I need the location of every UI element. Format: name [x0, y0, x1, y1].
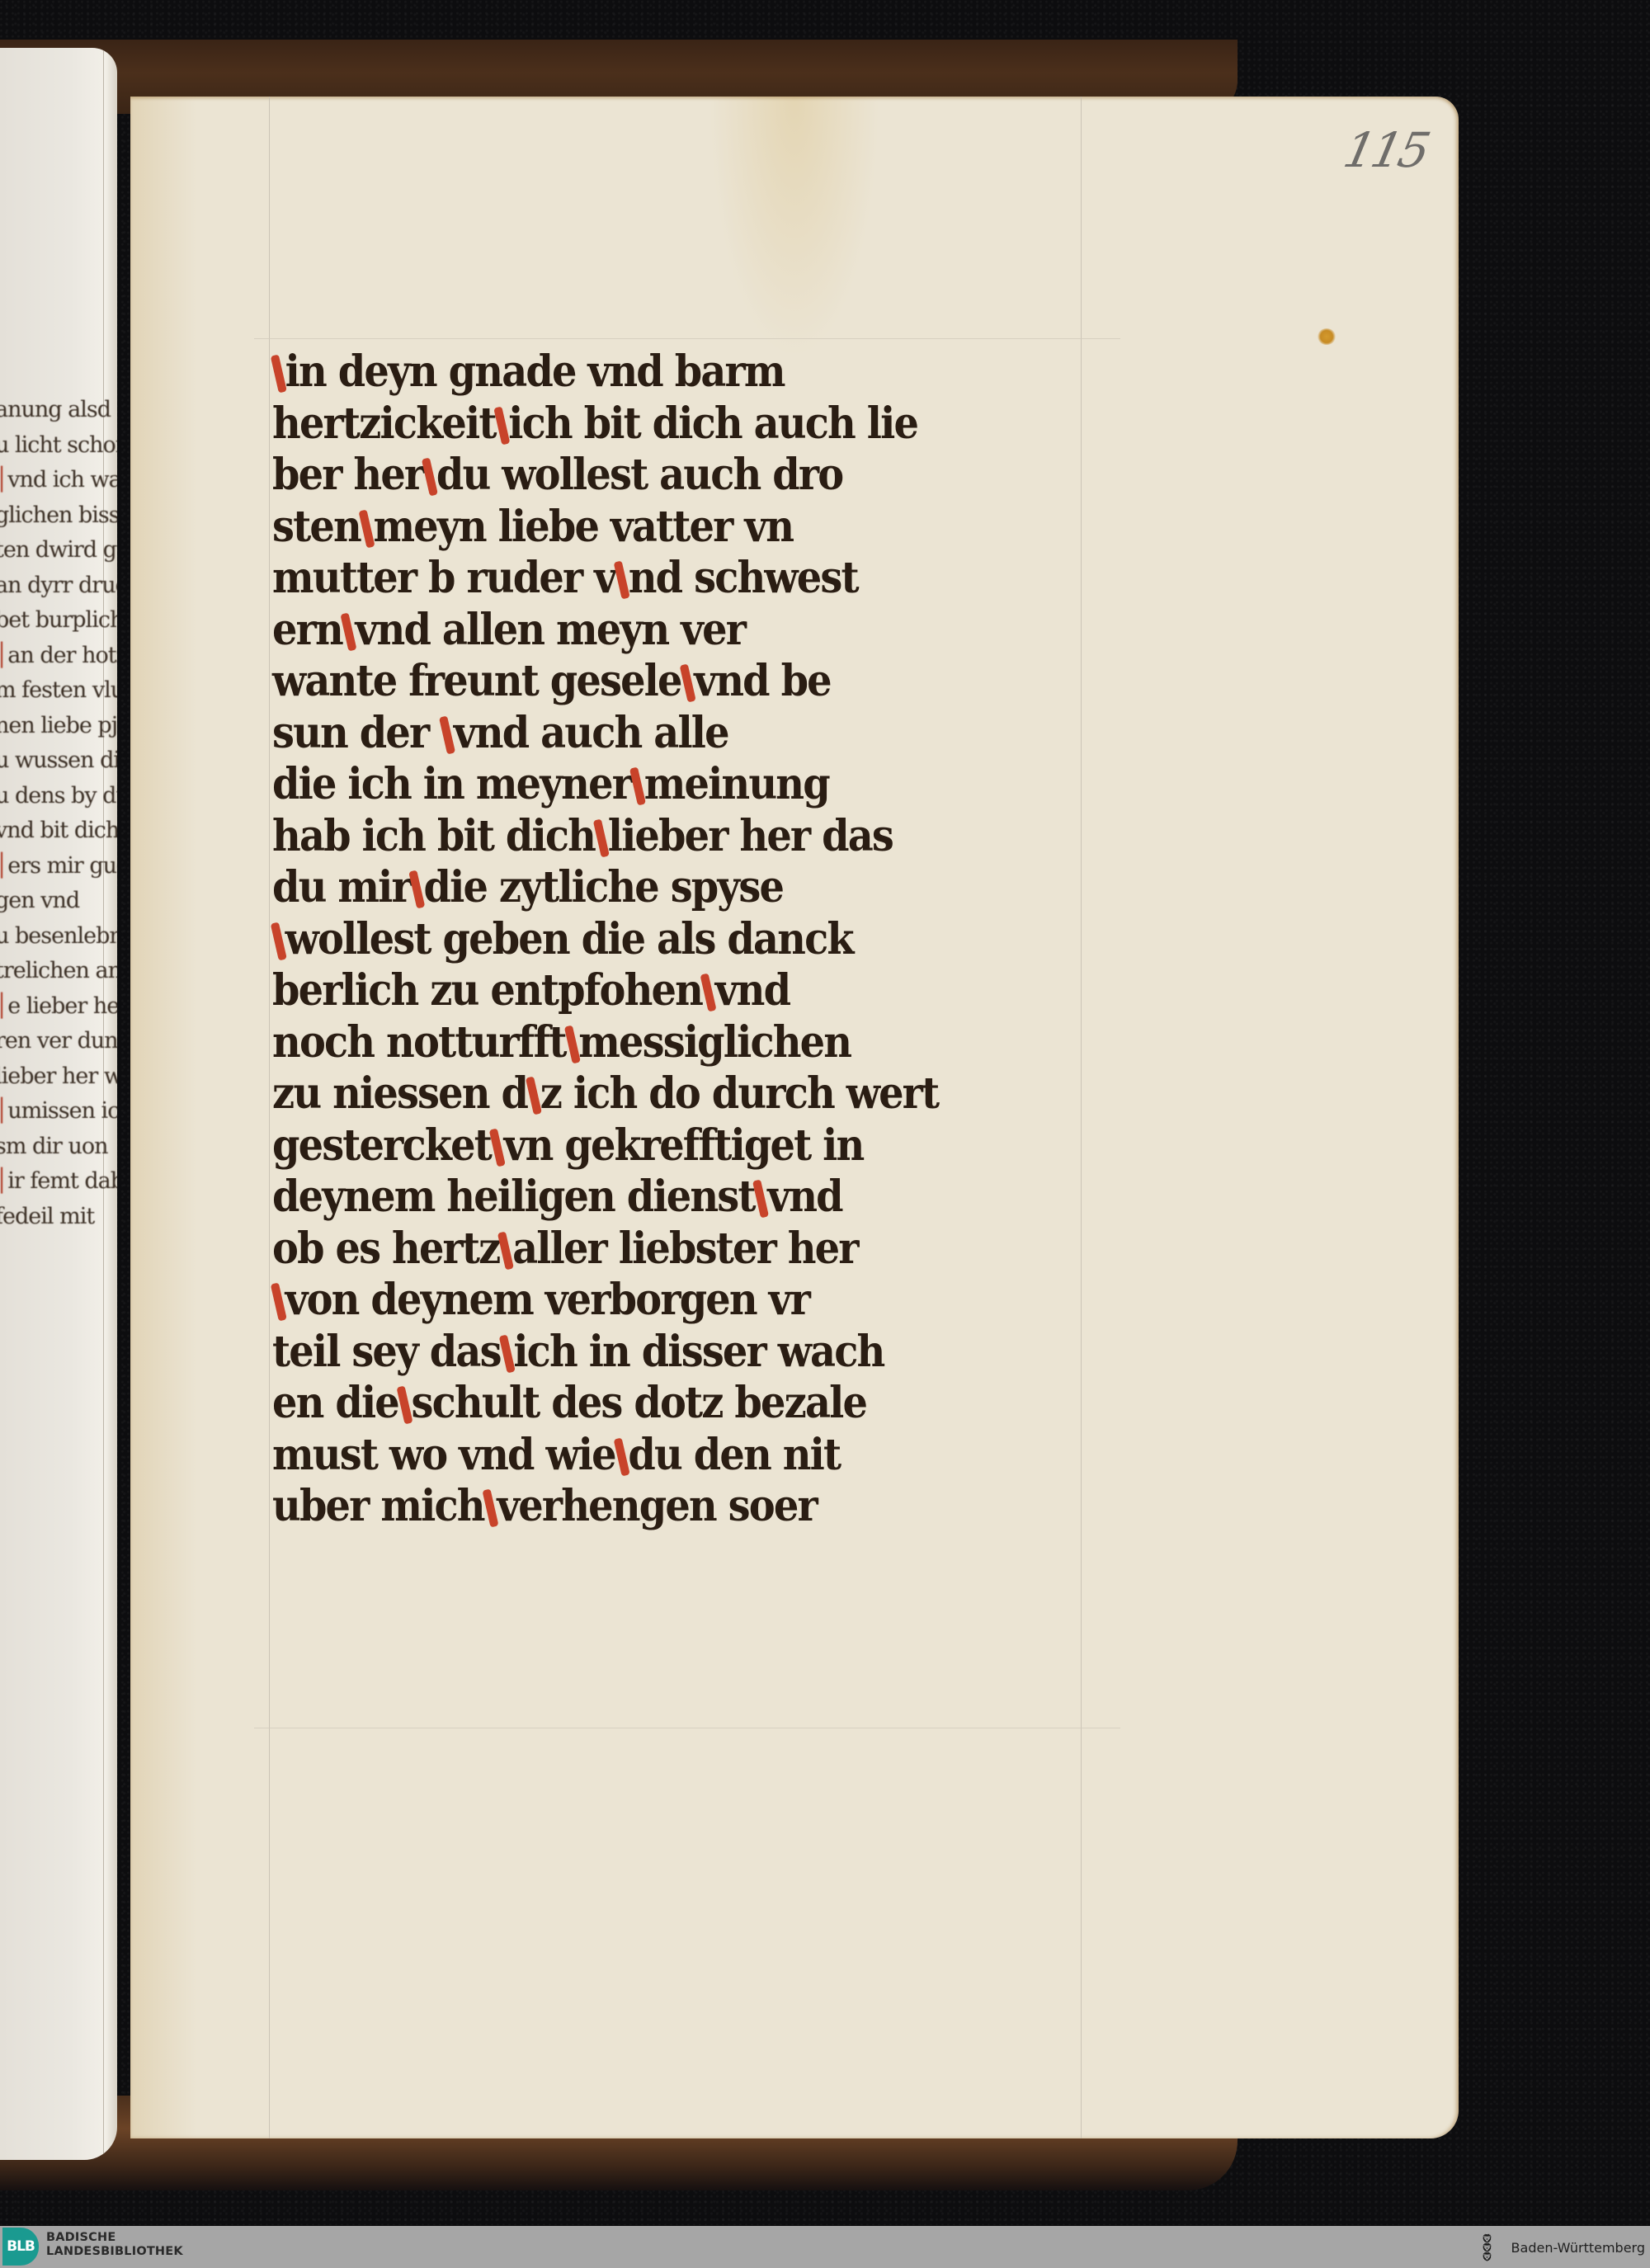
manuscript-line: ob es hertzaller liebster her	[272, 1224, 1130, 1275]
manuscript-text-segment: z ich do durch wert	[540, 1068, 939, 1119]
three-lions-icon: 🦁︎🦁︎🦁︎	[1482, 2234, 1503, 2261]
manuscript-text-segment: ber her	[272, 450, 423, 500]
facing-page-text-segment: u licht schonder	[0, 432, 117, 458]
manuscript-text-segment: vnd be	[694, 656, 831, 706]
facing-page-text-segment: ers mir gugehi	[7, 853, 117, 879]
manuscript-line: hab ich bit dichlieber her das	[272, 811, 1130, 863]
manuscript-text-segment: vnd	[767, 1172, 842, 1222]
facing-page-line: sm dir uon	[0, 1129, 117, 1165]
manuscript-line: in deyn gnade vnd barm	[272, 347, 1130, 398]
manuscript-text-segment: wante freunt gesele	[272, 656, 681, 706]
ruling-line-left	[269, 97, 270, 2138]
paper-stain	[1318, 328, 1336, 345]
manuscript-text-segment: gestercket	[272, 1120, 491, 1171]
manuscript-text-segment: ern	[272, 605, 342, 655]
facing-page-line: bet burplichen	[0, 603, 117, 639]
rubric-mark: │	[0, 853, 7, 879]
manuscript-line: mutter b ruder vnd schwest	[272, 553, 1130, 605]
manuscript-text-segment: meinung	[644, 759, 829, 809]
manuscript-line: wollest geben die als danck	[272, 914, 1130, 966]
manuscript-line: sun der vnd auch alle	[272, 708, 1130, 760]
manuscript-text-segment: mutter b ruder v	[272, 553, 615, 603]
facing-page-text-segment: vnd bit dich	[0, 818, 117, 843]
facing-page-text-segment: e lieber her	[7, 993, 117, 1019]
rubric-mark: │	[0, 643, 7, 668]
manuscript-text-segment: in deyn gnade vnd barm	[285, 347, 785, 397]
manuscript-line: en dieschult des dotz bezale	[272, 1378, 1130, 1430]
manuscript-text-segment: verhengen soer	[497, 1481, 816, 1531]
facing-page-line: ren ver dunich	[0, 1024, 117, 1059]
manuscript-text-segment: aller liebster her	[512, 1224, 858, 1274]
manuscript-text-segment: meyn liebe vatter vn	[374, 502, 794, 552]
ruling-line-bottom	[254, 1728, 1120, 1728]
institution-name-line2: LANDESBIBLIOTHEK	[46, 2245, 183, 2259]
manuscript-text-segment: ich bit dich auch lie	[508, 398, 917, 449]
rubric-mark: │	[0, 1098, 7, 1124]
manuscript-text-segment: du wollest auch dro	[436, 450, 842, 500]
blb-logo[interactable]: BLB	[2, 2228, 39, 2266]
state-logo-label: Baden-Württemberg	[1511, 2240, 1645, 2256]
manuscript-line: teil sey dasich in disser wach	[272, 1327, 1130, 1379]
facing-page-text-segment: anung alsd	[0, 397, 111, 422]
manuscript-text-segment: ich in disser wach	[513, 1327, 884, 1377]
manuscript-line: ernvnd allen meyn ver	[272, 605, 1130, 657]
institution-name[interactable]: BADISCHE LANDESBIBLIOTHEK	[46, 2231, 183, 2259]
facing-page-line: gen vnd	[0, 884, 117, 919]
facing-page-line: │an der hotz gu	[0, 639, 117, 674]
facing-page-line: │ir femt dab	[0, 1164, 117, 1200]
manuscript-text-segment: nd schwest	[629, 553, 858, 603]
manuscript-text-segment: die zytliche spyse	[423, 862, 783, 912]
facing-page-text-segment: an dyrr druck	[0, 573, 117, 598]
manuscript-text-segment: sten	[272, 502, 361, 552]
manuscript-text-segment: lieber her das	[608, 811, 893, 861]
ruling-line-top	[254, 338, 1120, 339]
manuscript-line: gestercketvn gekrefftiget in	[272, 1120, 1130, 1172]
facing-page-text-segment: lieber her wa	[0, 1063, 117, 1089]
facing-page-line: anung alsd	[0, 393, 117, 428]
manuscript-line: hertzickeitich bit dich auch lie	[272, 398, 1130, 450]
state-logo[interactable]: 🦁︎🦁︎🦁︎ Baden-Württemberg	[1482, 2233, 1645, 2262]
manuscript-text-segment: die ich in meyner	[272, 759, 631, 809]
manuscript-line: die ich in meynermeinung	[272, 759, 1130, 811]
facing-page-text-segment: ren ver dunich	[0, 1028, 117, 1054]
facing-page-text-segment: fedeil mit	[0, 1204, 94, 1229]
facing-page-line: lieber her wa	[0, 1059, 117, 1095]
manuscript-text-segment: deynem heiligen dienst	[272, 1172, 755, 1222]
facing-page-line: m festen vlunt	[0, 673, 117, 709]
facing-page-line: │vnd ich wa	[0, 463, 117, 498]
rubric-mark: │	[0, 467, 7, 493]
facing-page-text: anung alsdu licht schonder│vnd ich wagli…	[0, 393, 117, 1234]
facing-page-text-segment: an der hotz gu	[7, 643, 117, 668]
facing-page-text-segment: umissen ich det	[7, 1098, 117, 1124]
manuscript-text-segment: teil sey das	[272, 1327, 501, 1377]
manuscript-line: noch notturfftmessiglichen	[272, 1017, 1130, 1069]
facing-page-line: glichen biss	[0, 498, 117, 534]
facing-page-line: nen liebe pjind	[0, 709, 117, 744]
facing-page-line: vnd bit dich	[0, 813, 117, 849]
facing-page-text-segment: ir femt dab	[7, 1168, 117, 1194]
manuscript-line: ber herdu wollest auch dro	[272, 450, 1130, 502]
manuscript-line: berlich zu entpfohenvnd	[272, 965, 1130, 1017]
facing-page-line: ten dwird gu	[0, 533, 117, 568]
manuscript-text-segment: vnd auch alle	[454, 708, 728, 758]
manuscript-line: uber michverhengen soer	[272, 1481, 1130, 1533]
facing-page-text-segment: u dens by du	[0, 783, 117, 809]
manuscript-line: wante freunt geselevnd be	[272, 656, 1130, 708]
manuscript-text-segment: must wo vnd wie	[272, 1430, 615, 1480]
manuscript-text-segment: von deynem verborgen vr	[285, 1275, 809, 1325]
viewer-footer: BLB BADISCHE LANDESBIBLIOTHEK 🦁︎🦁︎🦁︎ Bad…	[0, 2226, 1650, 2268]
manuscript-text-segment: wollest geben die als danck	[285, 914, 853, 964]
facing-page-line: │e lieber her	[0, 989, 117, 1025]
manuscript-line: must wo vnd wiedu den nit	[272, 1430, 1130, 1482]
rubric-mark: │	[0, 993, 7, 1019]
facing-page-line: trelichen anblick	[0, 954, 117, 989]
facing-page-line: │ers mir gugehi	[0, 849, 117, 884]
manuscript-text-segment: zu niessen d	[272, 1068, 527, 1119]
manuscript-text-segment: vn gekrefftiget in	[504, 1120, 864, 1171]
manuscript-text-segment: vnd allen meyn ver	[356, 605, 746, 655]
institution-name-line1: BADISCHE	[46, 2231, 183, 2245]
facing-page-text-segment: u wussen dim	[0, 747, 117, 773]
facing-page-line: u licht schonder	[0, 428, 117, 464]
manuscript-text-segment: en die	[272, 1378, 398, 1428]
manuscript-text-segment: sun der	[272, 708, 441, 758]
facing-page-line: u wussen dim	[0, 743, 117, 779]
facing-page-text-segment: sm dir uon	[0, 1134, 107, 1159]
manuscript-text: in deyn gnade vnd barmhertzickeitich bit…	[272, 347, 1204, 1533]
facing-page-line: u dens by du	[0, 779, 117, 814]
manuscript-text-segment: hertzickeit	[272, 398, 496, 449]
manuscript-line: zu niessen dz ich do durch wert	[272, 1068, 1130, 1120]
facing-page-line: fedeil mit	[0, 1200, 117, 1235]
manuscript-text-segment: hab ich bit dich	[272, 811, 595, 861]
manuscript-line: von deynem verborgen vr	[272, 1275, 1130, 1327]
facing-page-text-segment: bet burplichen	[0, 607, 117, 633]
facing-page-text-segment: m festen vlunt	[0, 677, 117, 703]
manuscript-text-segment: du mir	[272, 862, 411, 912]
manuscript-text-segment: ob es hertz	[272, 1224, 499, 1274]
facing-page-text-segment: trelichen anblick	[0, 958, 117, 983]
manuscript-text-segment: noch notturfft	[272, 1017, 566, 1068]
facing-page-text-segment: nen liebe pjind	[0, 713, 117, 738]
facing-page-line: u besenlebn	[0, 919, 117, 955]
manuscript-text-segment: du den nit	[628, 1430, 840, 1480]
manuscript-text-segment: messiglichen	[578, 1017, 851, 1068]
facing-page-text-segment: u besenlebn	[0, 923, 117, 949]
facing-page-line: an dyrr druck	[0, 568, 117, 604]
facing-page-text-segment: vnd ich wa	[7, 467, 117, 493]
manuscript-line: stenmeyn liebe vatter vn	[272, 502, 1130, 554]
manuscript-line: du mirdie zytliche spyse	[272, 862, 1130, 914]
folio-number: 115	[1339, 122, 1432, 178]
manuscript-text-segment: schult des dotz bezale	[412, 1378, 866, 1428]
manuscript-text-segment: berlich zu entpfohen	[272, 965, 702, 1016]
facing-page-text-segment: ten dwird gu	[0, 537, 117, 563]
facing-page-line: │umissen ich det	[0, 1094, 117, 1129]
facing-page: anung alsdu licht schonder│vnd ich wagli…	[0, 48, 117, 2160]
rubric-mark: │	[0, 1168, 7, 1194]
manuscript-line: deynem heiligen dienstvnd	[272, 1172, 1130, 1224]
facing-page-text-segment: glichen biss	[0, 502, 117, 528]
manuscript-text-segment: uber mich	[272, 1481, 484, 1531]
manuscript-text-segment: vnd	[715, 965, 790, 1016]
facing-page-text-segment: gen vnd	[0, 888, 79, 913]
